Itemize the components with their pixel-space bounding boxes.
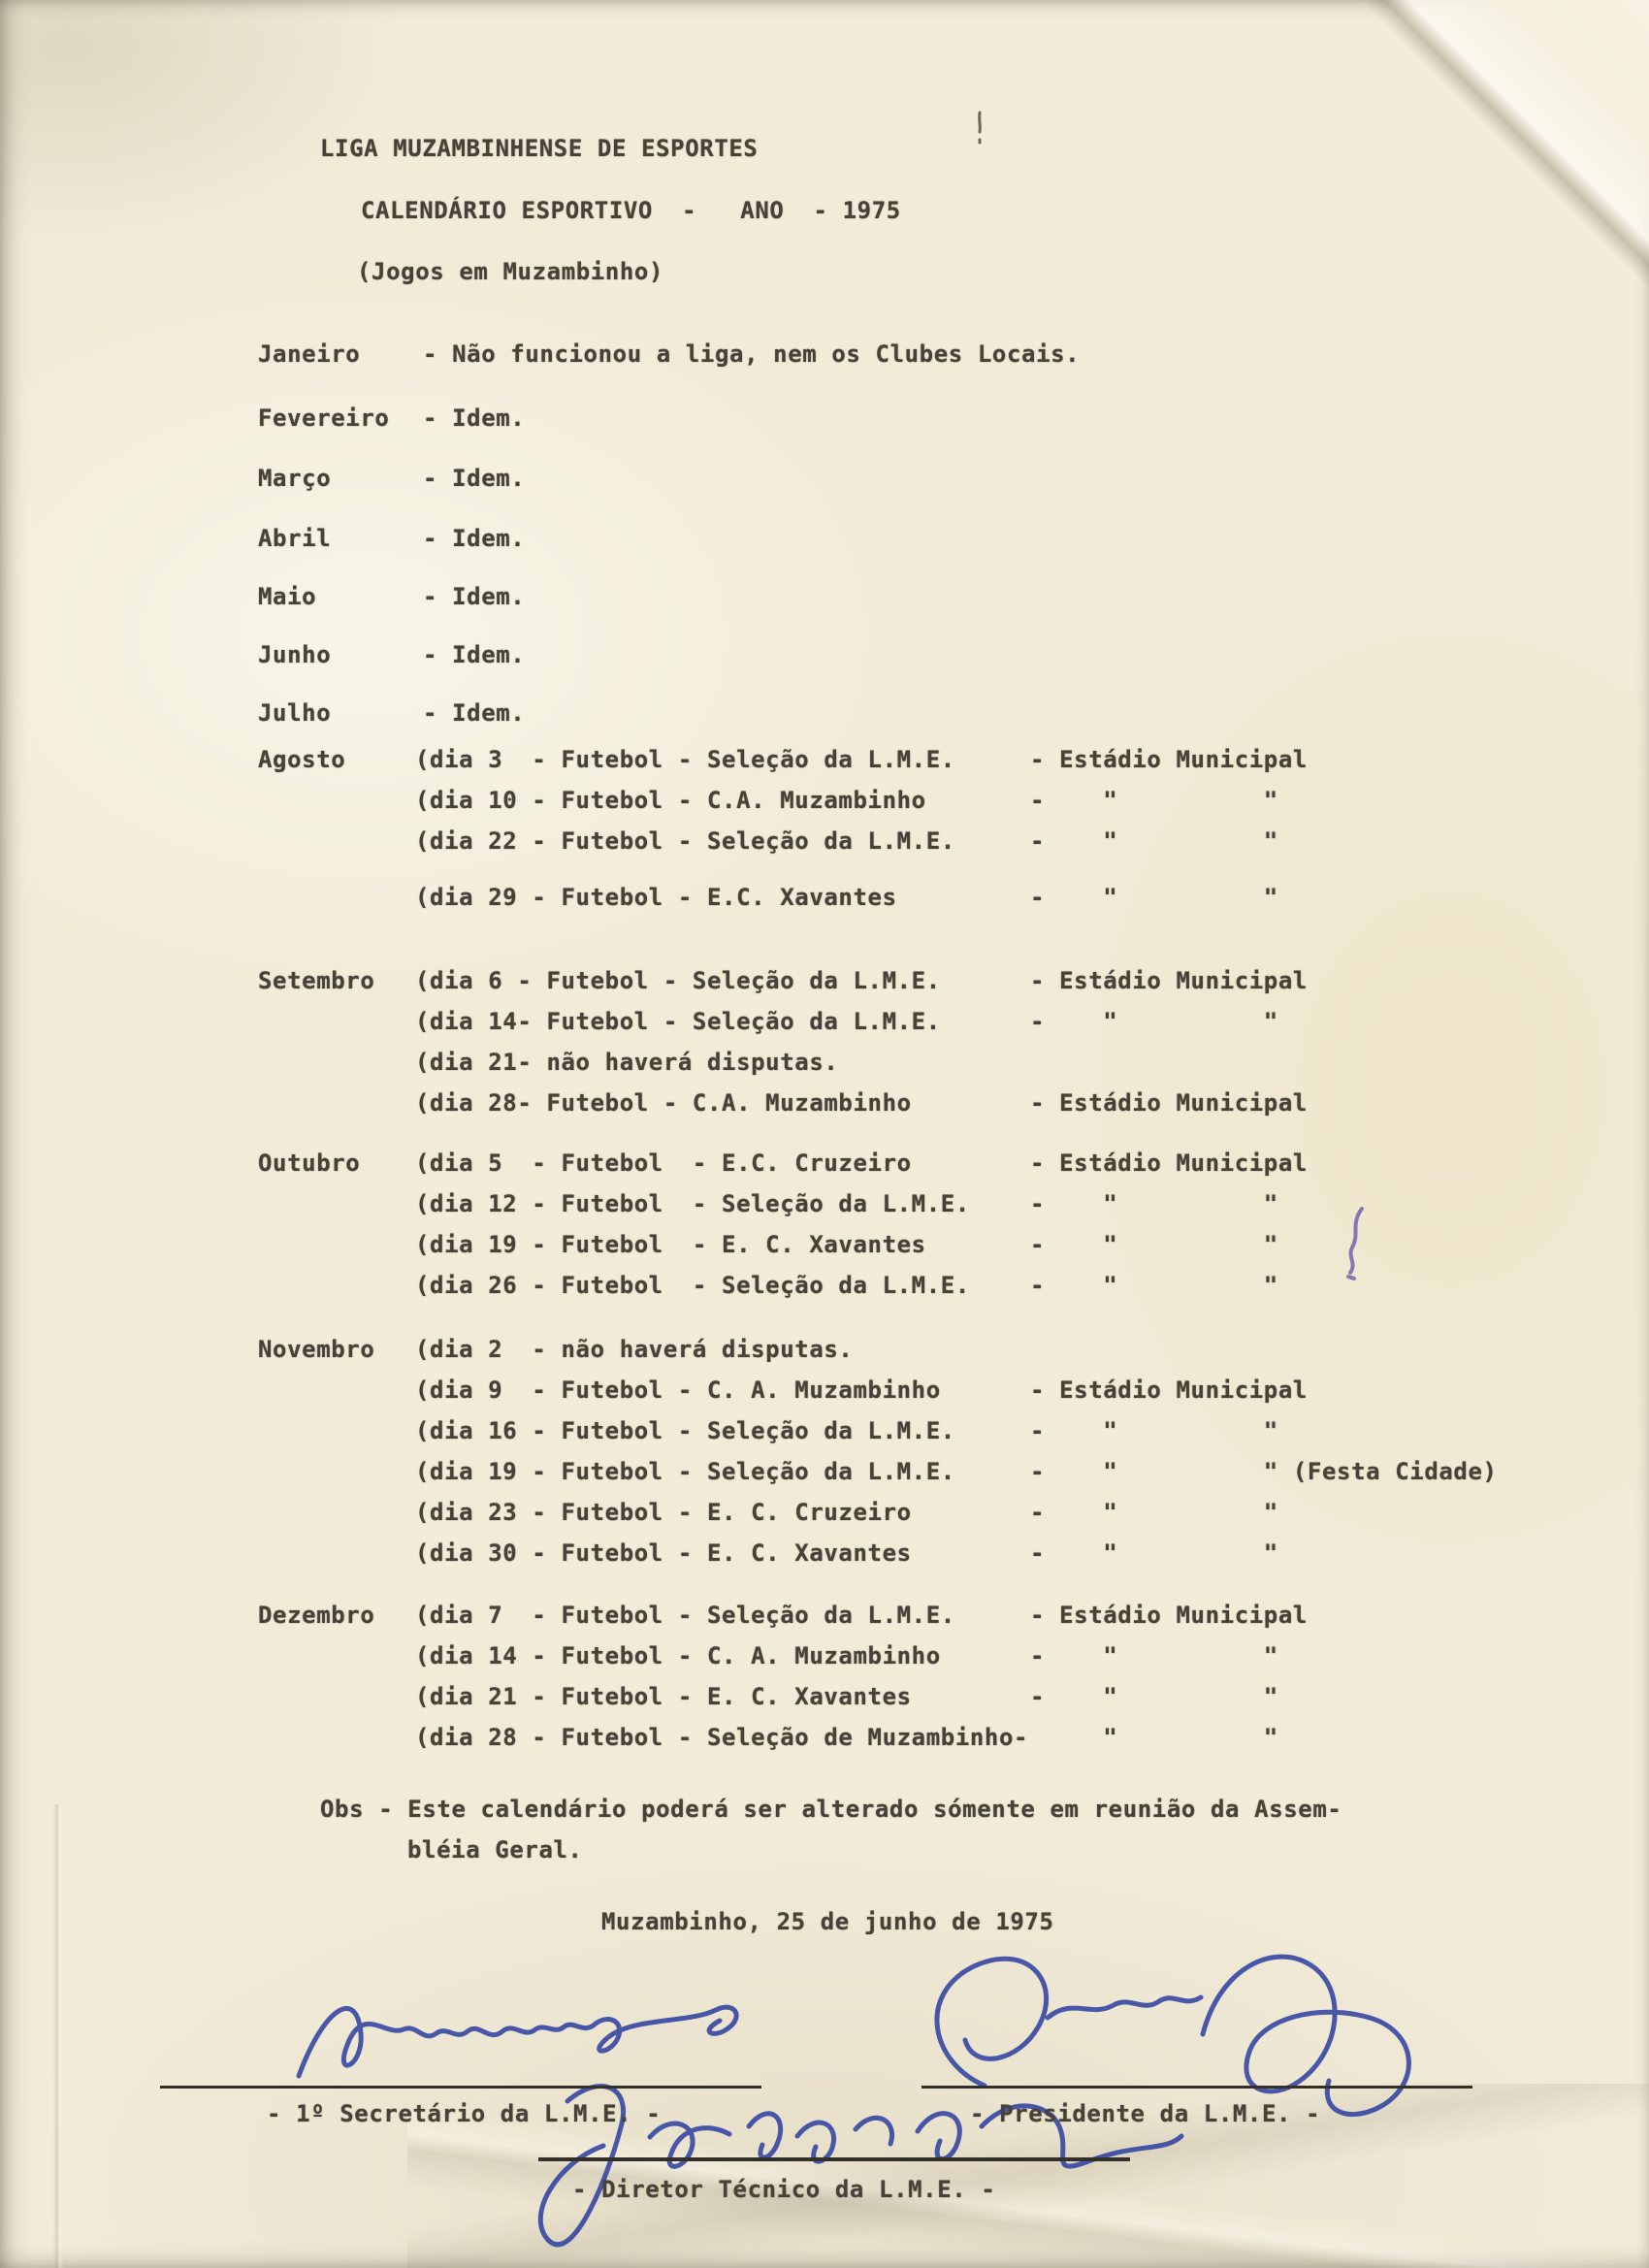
game-entry: (dia 10 - Futebol - C.A. Muzambinho — [415, 788, 1030, 815]
month-row: Maio- Idem. — [258, 584, 525, 611]
schedule-row: (dia 22 - Futebol - Seleção da L.M.E.- "… — [258, 828, 1278, 856]
month-label: Outubro — [258, 1150, 415, 1178]
game-entry: (dia 6 - Futebol - Seleção da L.M.E. — [415, 968, 1030, 995]
scanned-document-page: LIGA MUZAMBINHENSE DE ESPORTES CALENDÁRI… — [0, 0, 1649, 2268]
document-subtitle: (Jogos em Muzambinho) — [357, 259, 663, 286]
month-note: - Idem. — [423, 641, 525, 668]
signature-technical-director — [466, 2045, 1203, 2268]
signature-line-bottom — [538, 2157, 1130, 2161]
game-entry: (dia 14- Futebol - Seleção da L.M.E. — [415, 1009, 1030, 1036]
schedule-row: (dia 10 - Futebol - C.A. Muzambinho- " " — [258, 788, 1278, 815]
game-entry: (dia 30 - Futebol - E. C. Xavantes — [415, 1540, 1030, 1568]
schedule-row: Dezembro(dia 7 - Futebol - Seleção da L.… — [258, 1603, 1308, 1630]
signature-line-right — [921, 2086, 1472, 2089]
game-entry: (dia 19 - Futebol - Seleção da L.M.E. — [415, 1459, 1030, 1486]
game-entry: (dia 2 - não haverá disputas. — [415, 1337, 1030, 1364]
schedule-row: (dia 14- Futebol - Seleção da L.M.E.- " … — [258, 1009, 1278, 1036]
game-venue: - " " — [1030, 1191, 1278, 1218]
month-label: Maio — [258, 584, 423, 611]
game-entry: (dia 29 - Futebol - E.C. Xavantes — [415, 885, 1030, 912]
schedule-row: (dia 26 - Futebol - Seleção da L.M.E.- "… — [258, 1273, 1278, 1300]
schedule-row: (dia 14 - Futebol - C. A. Muzambinho- " … — [258, 1643, 1278, 1670]
game-venue: - " " — [1030, 1540, 1278, 1568]
month-label: Abril — [258, 526, 423, 553]
month-label: Dezembro — [258, 1603, 415, 1630]
game-venue: - " " — [1030, 1643, 1278, 1670]
month-label: Novembro — [258, 1337, 415, 1364]
schedule-row: (dia 16 - Futebol - Seleção da L.M.E.- "… — [258, 1418, 1278, 1445]
schedule-row: (dia 28 - Futebol - Seleção de Muzambinh… — [258, 1725, 1278, 1752]
schedule-row: (dia 19 - Futebol - Seleção da L.M.E.- "… — [258, 1459, 1498, 1486]
month-row: Abril- Idem. — [258, 526, 525, 553]
game-entry: (dia 3 - Futebol - Seleção da L.M.E. — [415, 747, 1030, 774]
schedule-row: Novembro(dia 2 - não haverá disputas. — [258, 1337, 1030, 1364]
month-note: - Não funcionou a liga, nem os Clubes Lo… — [423, 340, 1080, 368]
game-venue: - " " — [1030, 1232, 1278, 1259]
paper-crease — [47, 1804, 68, 2268]
game-venue: " " — [1030, 1725, 1278, 1752]
schedule-row: Agosto(dia 3 - Futebol - Seleção da L.M.… — [258, 747, 1308, 774]
schedule-row: (dia 23 - Futebol - E. C. Cruzeiro- " " — [258, 1500, 1278, 1527]
obs-line2: bléia Geral. — [407, 1837, 583, 1864]
game-entry: (dia 21 - Futebol - E. C. Xavantes — [415, 1684, 1030, 1711]
game-venue: - " " — [1030, 788, 1278, 815]
month-label: Julho — [258, 700, 423, 728]
month-note: - Idem. — [423, 583, 525, 610]
game-entry: (dia 19 - Futebol - E. C. Xavantes — [415, 1232, 1030, 1259]
schedule-row: (dia 28- Futebol - C.A. Muzambinho- Está… — [258, 1090, 1308, 1118]
folded-corner — [1348, 0, 1649, 301]
game-venue: - Estádio Municipal — [1030, 747, 1308, 774]
technical-director-title: - Diretor Técnico da L.M.E. - — [572, 2177, 995, 2204]
month-note: - Idem. — [423, 465, 525, 492]
game-entry: (dia 21- não haverá disputas. — [415, 1050, 1030, 1077]
game-venue: - Estádio Municipal — [1030, 1150, 1308, 1178]
month-note: - Idem. — [423, 699, 525, 727]
schedule-row: (dia 29 - Futebol - E.C. Xavantes- " " — [258, 885, 1278, 912]
month-label: Fevereiro — [258, 405, 423, 433]
game-entry: (dia 22 - Futebol - Seleção da L.M.E. — [415, 828, 1030, 856]
schedule-row: (dia 21- não haverá disputas. — [258, 1050, 1030, 1077]
game-entry: (dia 9 - Futebol - C. A. Muzambinho — [415, 1377, 1030, 1405]
stray-typewriter-mark — [970, 109, 989, 151]
schedule-row: (dia 19 - Futebol - E. C. Xavantes- " " — [258, 1232, 1278, 1259]
game-entry: (dia 28 - Futebol - Seleção de Muzambinh… — [415, 1725, 1030, 1752]
game-venue: - Estádio Municipal — [1030, 1377, 1308, 1405]
month-note: - Idem. — [423, 525, 525, 552]
schedule-row: (dia 21 - Futebol - E. C. Xavantes- " " — [258, 1684, 1278, 1711]
game-entry: (dia 26 - Futebol - Seleção da L.M.E. — [415, 1273, 1030, 1300]
game-venue: - Estádio Municipal — [1030, 1090, 1308, 1118]
game-entry: (dia 16 - Futebol - Seleção da L.M.E. — [415, 1418, 1030, 1445]
game-venue: - " " — [1030, 1009, 1278, 1036]
signature-line-left — [160, 2086, 761, 2089]
secretary-title: - 1º Secretário da L.M.E. - — [267, 2101, 661, 2128]
schedule-row: (dia 9 - Futebol - C. A. Muzambinho- Est… — [258, 1377, 1308, 1405]
schedule-row: Setembro(dia 6 - Futebol - Seleção da L.… — [258, 968, 1308, 995]
month-note: - Idem. — [423, 405, 525, 432]
org-title: LIGA MUZAMBINHENSE DE ESPORTES — [320, 136, 758, 163]
game-venue: - " " — [1030, 885, 1278, 912]
game-venue: - " " — [1030, 1418, 1278, 1445]
ink-smudge-mark — [1331, 1201, 1379, 1284]
month-row: Fevereiro- Idem. — [258, 405, 525, 433]
month-label: Janeiro — [258, 341, 423, 369]
month-row: Março- Idem. — [258, 466, 525, 493]
game-entry: (dia 28- Futebol - C.A. Muzambinho — [415, 1090, 1030, 1118]
president-title: - Presidente da L.M.E. - — [970, 2101, 1320, 2128]
game-entry: (dia 5 - Futebol - E.C. Cruzeiro — [415, 1150, 1030, 1178]
game-venue: - " " — [1030, 1684, 1278, 1711]
month-label: Setembro — [258, 968, 415, 995]
schedule-row: (dia 12 - Futebol - Seleção da L.M.E.- "… — [258, 1191, 1278, 1218]
month-label: Junho — [258, 642, 423, 669]
game-entry: (dia 23 - Futebol - E. C. Cruzeiro — [415, 1500, 1030, 1527]
obs-line1: Obs - Este calendário poderá ser alterad… — [320, 1797, 1342, 1824]
game-venue: - " " — [1030, 1273, 1278, 1300]
month-row: Janeiro- Não funcionou a liga, nem os Cl… — [258, 341, 1080, 369]
game-venue: - " " — [1030, 828, 1278, 856]
schedule-row: Outubro(dia 5 - Futebol - E.C. Cruzeiro-… — [258, 1150, 1308, 1178]
game-venue: - Estádio Municipal — [1030, 1603, 1308, 1630]
game-entry: (dia 12 - Futebol - Seleção da L.M.E. — [415, 1191, 1030, 1218]
game-entry: (dia 14 - Futebol - C. A. Muzambinho — [415, 1643, 1030, 1670]
month-label: Agosto — [258, 747, 415, 774]
month-row: Junho- Idem. — [258, 642, 525, 669]
document-title: CALENDÁRIO ESPORTIVO - ANO - 1975 — [361, 198, 901, 225]
game-venue: - " " (Festa Cidade) — [1030, 1459, 1498, 1486]
month-label: Março — [258, 466, 423, 493]
month-row: Julho- Idem. — [258, 700, 525, 728]
game-entry: (dia 7 - Futebol - Seleção da L.M.E. — [415, 1603, 1030, 1630]
game-venue: - " " — [1030, 1500, 1278, 1527]
schedule-row: (dia 30 - Futebol - E. C. Xavantes- " " — [258, 1540, 1278, 1568]
game-venue: - Estádio Municipal — [1030, 968, 1308, 995]
